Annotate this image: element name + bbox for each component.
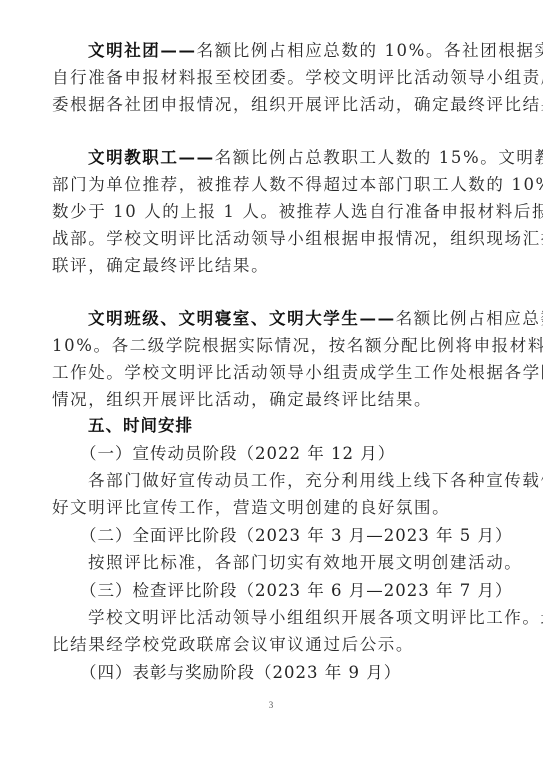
- paragraph-civilized-classes: 文明班级、文明寝室、文明大学生——名额比例占相应总数的: [88, 309, 490, 329]
- text-line: 按照评比标准，各部门切实有效地开展文明创建活动。: [88, 553, 490, 573]
- page-number: 3: [264, 700, 278, 710]
- text-line: 自行准备申报材料报至校团委。学校文明评比活动领导小组责成校团: [52, 68, 490, 88]
- text-line: 各部门做好宣传动员工作，充分利用线上线下各种宣传载体，做: [88, 471, 490, 491]
- item-title: 文明班级、文明寝室、文明大学生——: [88, 309, 396, 328]
- text-line: 10%。各二级学院根据实际情况，按名额分配比例将申报材料报至学生: [52, 336, 490, 356]
- text-line: 比结果经学校党政联席会议审议通过后公示。: [52, 635, 490, 655]
- text-line: 名额比例占总教职工人数的 15%。文明教职工以: [215, 148, 543, 167]
- text-line: 好文明评比宣传工作，营造文明创建的良好氛围。: [52, 498, 490, 518]
- section-heading: 五、时间安排: [88, 416, 490, 436]
- text-line: 学校文明评比活动领导小组组织开展各项文明评比工作。最终评: [88, 608, 490, 628]
- text-line: 联评，确定最终评比结果。: [52, 256, 490, 276]
- text-line: 名额比例占相应总数的: [396, 309, 543, 328]
- text-line: 部门为单位推荐，被推荐人数不得超过本部门职工人数的 10%，部门人: [52, 175, 490, 195]
- item-title: 文明教职工——: [88, 148, 215, 167]
- text-line: 情况，组织开展评比活动，确定最终评比结果。: [52, 390, 490, 410]
- stage-title: （三）检查评比阶段（2023 年 6 月—2023 年 7 月）: [80, 581, 482, 601]
- stage-title: （一）宣传动员阶段（2022 年 12 月）: [80, 444, 482, 464]
- stage-title: （二）全面评比阶段（2023 年 3 月—2023 年 5 月）: [80, 526, 482, 546]
- text-line: 工作处。学校文明评比活动领导小组责成学生工作处根据各学院申报: [52, 363, 490, 383]
- paragraph-civilized-clubs: 文明社团——名额比例占相应总数的 10%。各社团根据实际情况，: [88, 41, 490, 61]
- text-line: 名额比例占相应总数的 10%。各社团根据实际情况，: [197, 41, 543, 60]
- item-title: 文明社团——: [88, 41, 197, 60]
- stage-title: （四）表彰与奖励阶段（2023 年 9 月）: [80, 663, 482, 683]
- paragraph-civilized-staff: 文明教职工——名额比例占总教职工人数的 15%。文明教职工以: [88, 148, 490, 168]
- text-line: 数少于 10 人的上报 1 人。被推荐人选自行准备申报材料后报至宣传统: [52, 202, 490, 222]
- document-page: 文明社团——名额比例占相应总数的 10%。各社团根据实际情况， 自行准备申报材料…: [0, 0, 543, 768]
- text-line: 委根据各社团申报情况，组织开展评比活动，确定最终评比结果。: [52, 95, 490, 115]
- text-line: 战部。学校文明评比活动领导小组根据申报情况，组织现场汇报进行: [52, 229, 490, 249]
